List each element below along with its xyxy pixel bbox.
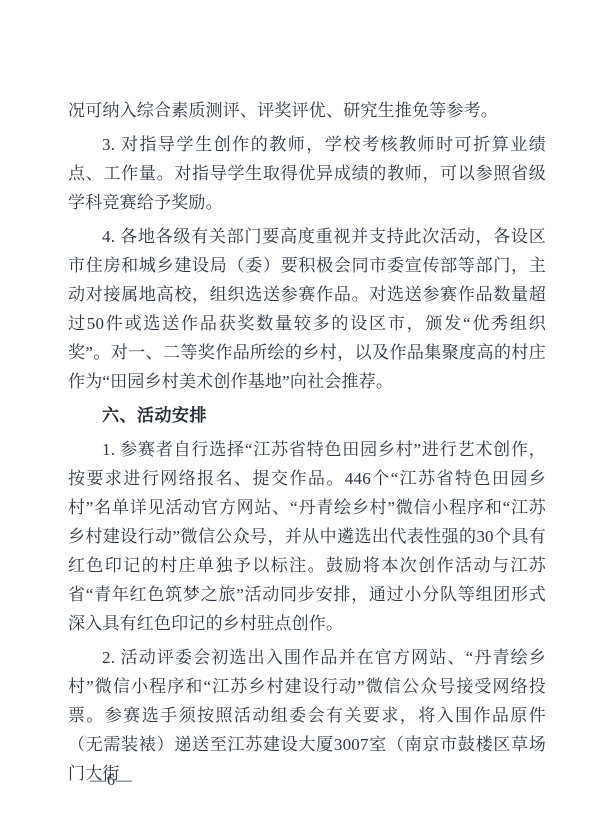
page-number: —6— (90, 772, 133, 790)
paragraph-item-2: 2. 活动评委会初选出入围作品并在官方网站、“丹青绘乡村”微信小程序和“江苏乡村… (68, 643, 546, 788)
document-body: 况可纳入综合素质测评、评奖评优、研究生推免等参考。 3. 对指导学生创作的教师，… (68, 96, 546, 793)
paragraph-item-1: 1. 参赛者自行选择“江苏省特色田园乡村”进行艺术创作，按要求进行网络报名、提交… (68, 435, 546, 638)
section-heading-activity-arrangement: 六、活动安排 (68, 401, 546, 430)
paragraph-continuation: 况可纳入综合素质测评、评奖评优、研究生推免等参考。 (68, 96, 546, 125)
paragraph-item-3: 3. 对指导学生创作的教师，学校考核教师时可折算业绩点、工作量。对指导学生取得优… (68, 130, 546, 217)
document-page: 况可纳入综合素质测评、评奖评优、研究生推免等参考。 3. 对指导学生创作的教师，… (0, 0, 606, 819)
paragraph-item-4: 4. 各地各级有关部门要高度重视并支持此次活动，各设区市住房和城乡建设局（委）要… (68, 222, 546, 396)
